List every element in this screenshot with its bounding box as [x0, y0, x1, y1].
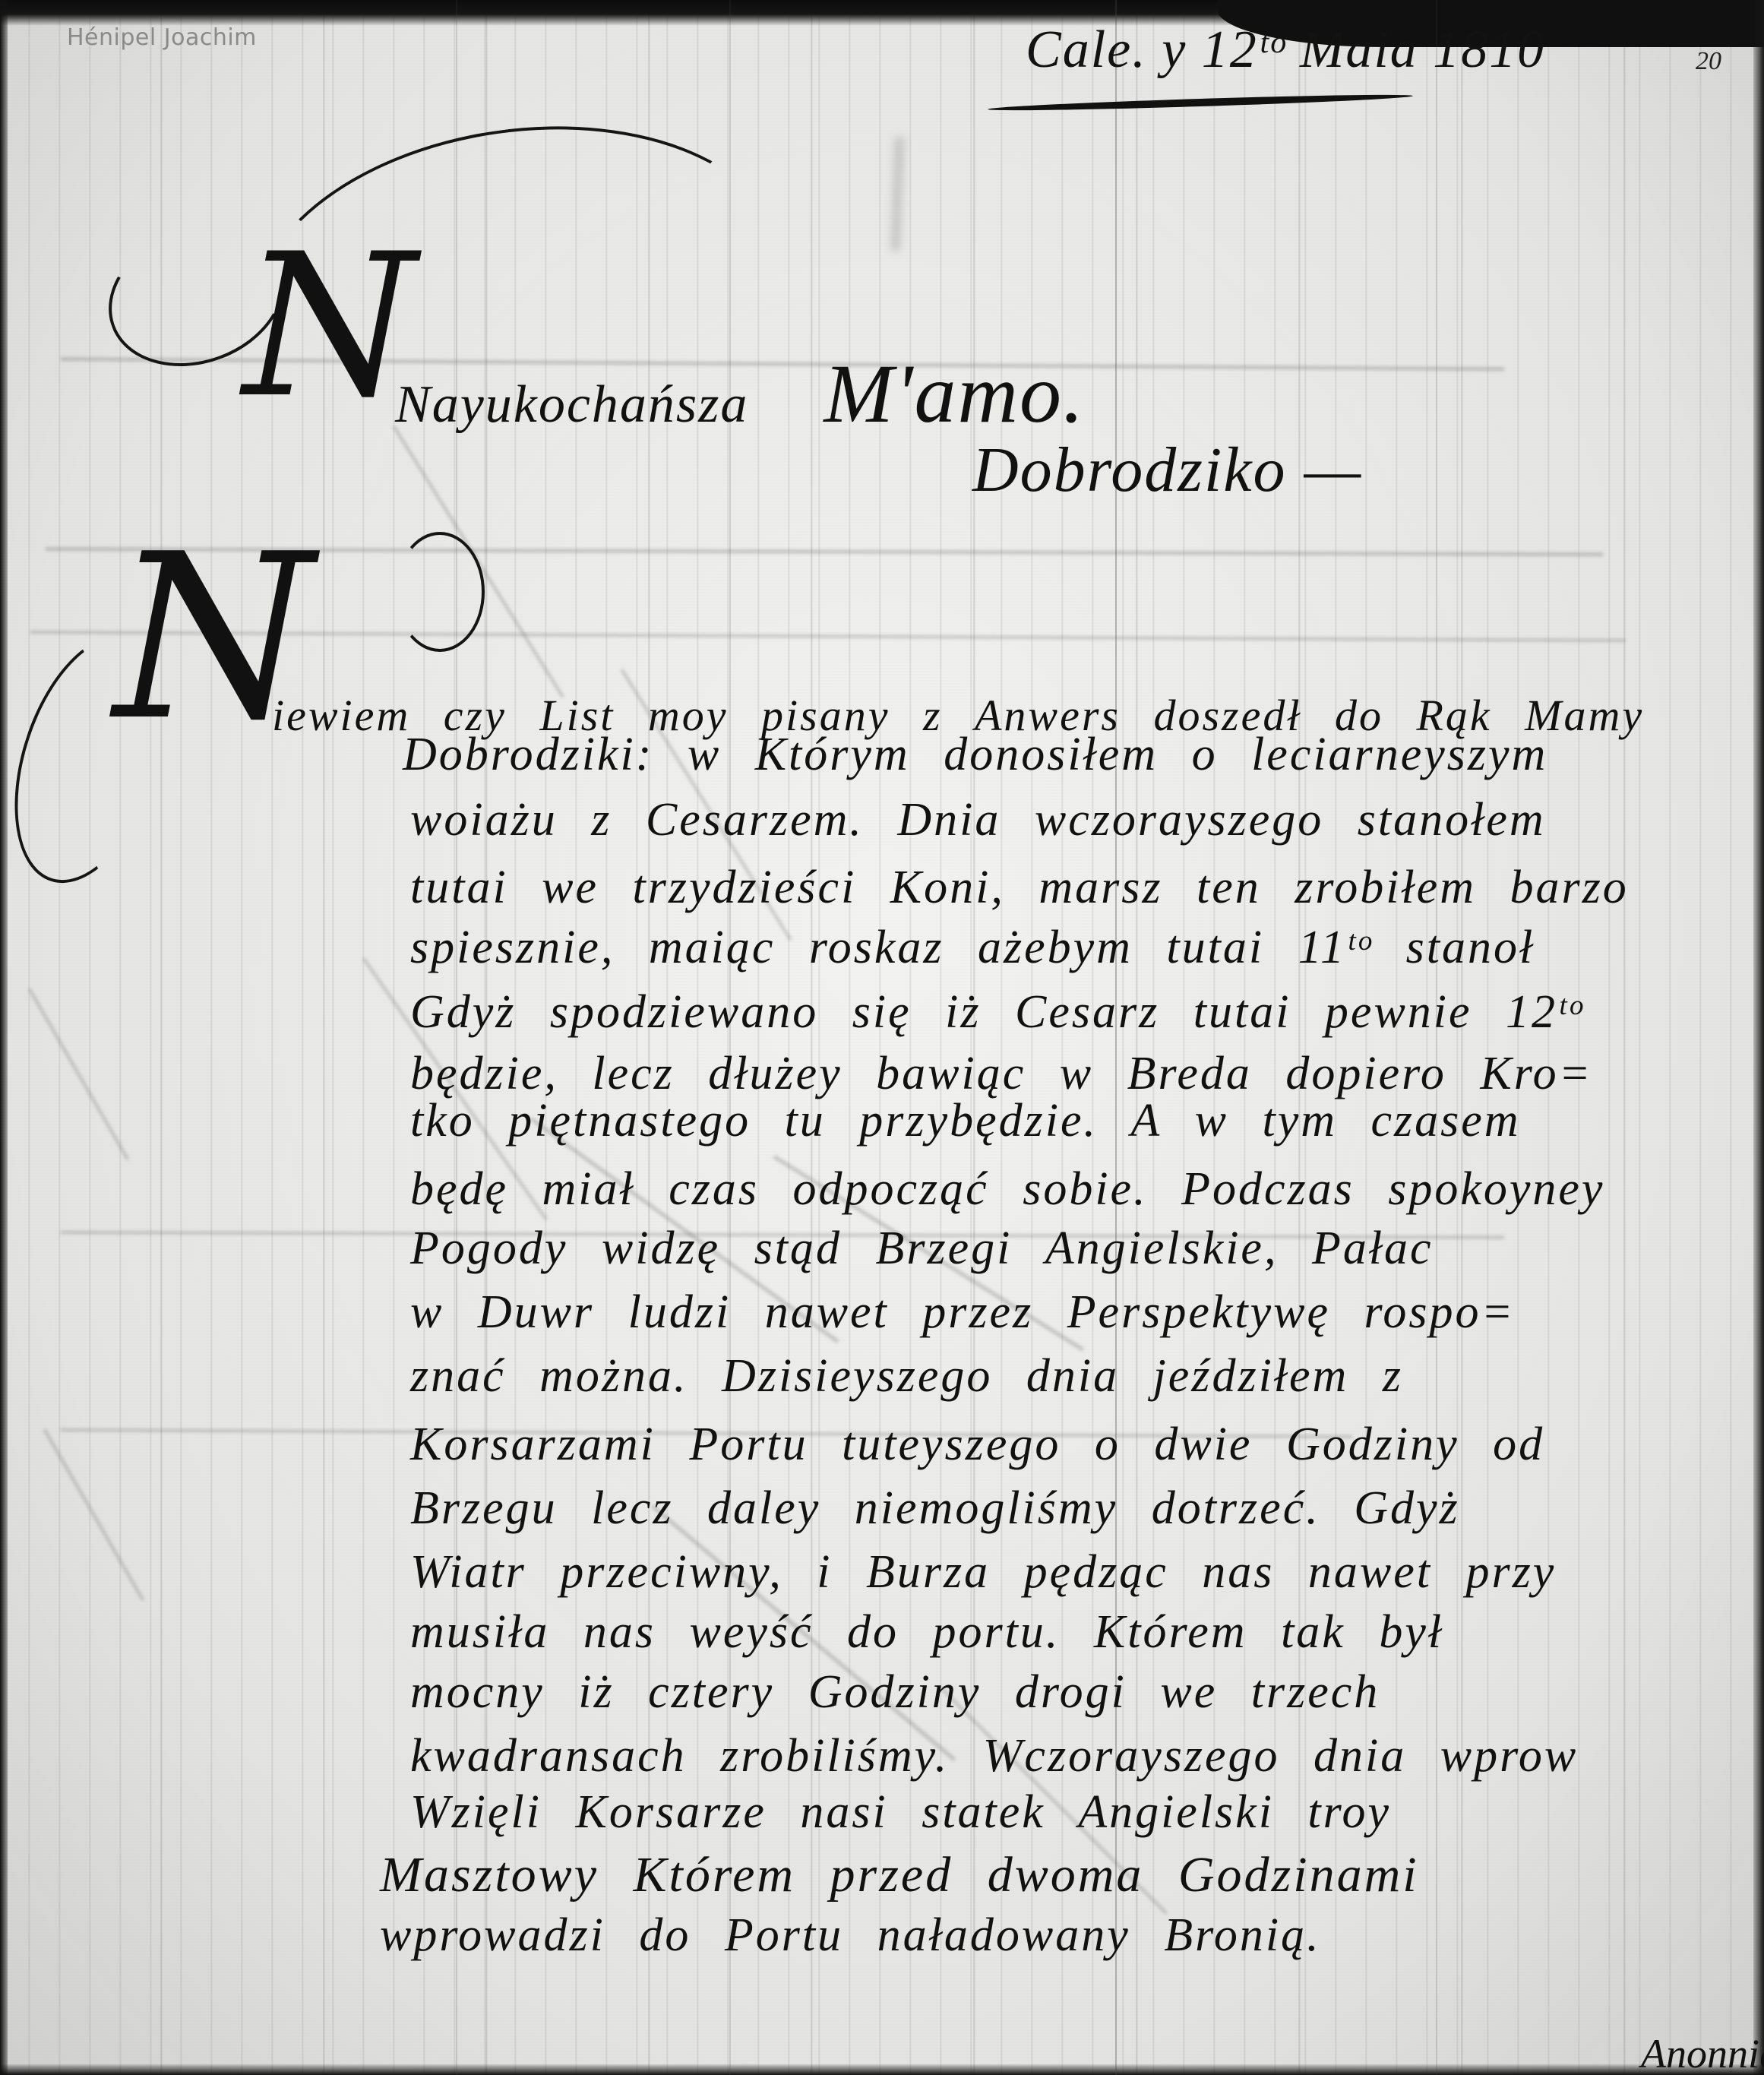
letter-line: Wiatr przeciwny, i Burza pędząc nas nawe…	[410, 1545, 1556, 1599]
catchword-continuation: Anonniq…	[1641, 2030, 1764, 2075]
letter-line: znać można. Dzisieyszego dnia jeździłem …	[410, 1349, 1403, 1403]
scanner-shadow-left	[0, 0, 8, 2075]
salutation-initial-N: N	[243, 228, 416, 425]
date-underline-stroke	[988, 92, 1413, 113]
letter-line: w Duwr ludzi nawet przez Perspektywę ros…	[410, 1286, 1515, 1340]
letter-line: woiażu z Cesarzem. Dnia wczorayszego sta…	[410, 793, 1546, 847]
letter-line: kwadransach zrobiliśmy. Wczorayszego dni…	[410, 1729, 1578, 1783]
salutation-line-1: Nayukochańsza M'amo.	[395, 346, 1086, 442]
flourish-initial-bowl	[395, 532, 485, 652]
page-number: 20	[1696, 47, 1721, 76]
letter-line: wprowadzi do Portu naładowany Bronią.	[380, 1909, 1321, 1963]
scanned-letter-page: Hénipel Joachim Cale. y 12ᵗᵒ Maia 1810 2…	[0, 0, 1764, 2075]
letter-line: mocny iż cztery Godziny drogi we trzech	[410, 1665, 1380, 1719]
letter-line: Dobrodziki: w Którym donosiłem o leciarn…	[403, 728, 1547, 782]
letter-line: tutai we trzydzieści Koni, marsz ten zro…	[410, 861, 1629, 915]
salutation-word-beloved: Nayukochańsza	[395, 375, 748, 434]
letter-line: spiesznie, maiąc roskaz ażebym tutai 11ᵗ…	[410, 921, 1535, 975]
salutation-word-mother: M'amo.	[824, 347, 1085, 440]
scanner-shadow-bottom	[0, 2064, 1764, 2075]
letter-line: Wzięli Korsarze nasi statek Angielski tr…	[410, 1786, 1391, 1839]
archive-pencil-note: Hénipel Joachim	[67, 24, 257, 51]
letter-line: tko piętnastego tu przybędzie. A w tym c…	[410, 1094, 1521, 1148]
letter-line: Masztowy Którem przed dwoma Godzinami	[380, 1846, 1419, 1904]
letter-line: Gdyż spodziewano się iż Cesarz tutai pew…	[410, 985, 1583, 1039]
letter-line: Brzegu lecz daley niemogliśmy dotrzeć. G…	[410, 1482, 1460, 1536]
scanner-shadow-right	[1753, 0, 1764, 2075]
letter-line: Korsarzami Portu tuteyszego o dwie Godzi…	[410, 1418, 1544, 1472]
letter-date-header: Cale. y 12ᵗᵒ Maia 1810	[1026, 20, 1545, 81]
letter-line: Pogody widzę stąd Brzegi Angielskie, Pał…	[410, 1222, 1434, 1276]
salutation-line-2: Dobrodziko —	[972, 433, 1362, 507]
letter-line: musiła nas weyść do portu. Którem tak by…	[410, 1605, 1443, 1659]
letter-line: będzie, lecz dłużey bawiąc w Breda dopie…	[410, 1047, 1592, 1101]
letter-line: będę miał czas odpocząć sobie. Podczas s…	[410, 1162, 1604, 1216]
